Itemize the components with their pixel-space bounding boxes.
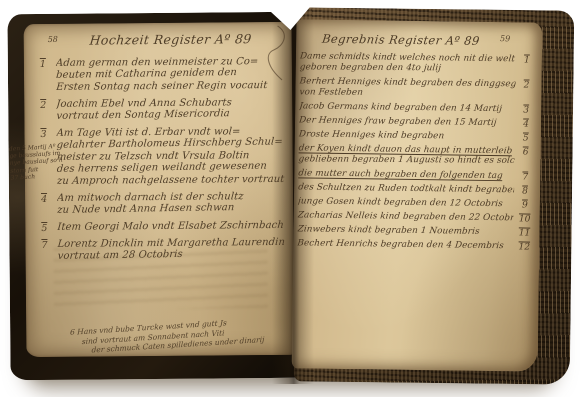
entry-number: 12 <box>513 241 535 252</box>
entry-line: Der Henniges fraw begraben den 15 Martij <box>299 115 515 129</box>
entry-line: zu Nude vndt Anna Hasen schwan <box>57 201 287 217</box>
entry-number: 7 <box>514 171 536 182</box>
entry-row: Droste Henniges kind begraben 5 <box>299 129 537 143</box>
entry-number: 3 <box>515 104 537 115</box>
entry-number: 4 <box>31 193 57 205</box>
entry-number: 8 <box>514 185 536 196</box>
entry-number: 4 <box>515 118 537 129</box>
entry-row: Jacob Germans kind begraben den 14 Marti… <box>299 101 537 115</box>
entry-line: geboren begraben den 4to julij <box>300 62 516 74</box>
entry-row: junge Gosen kindt begraben den 12 Octobr… <box>298 196 536 210</box>
entry-number: 1 <box>516 54 538 65</box>
entry-number: 7 <box>31 239 57 251</box>
entry-line: die mutter auch begraben den folgenden t… <box>298 168 514 182</box>
entry-number: 3 <box>30 128 56 140</box>
entry-line: zu Amproch nachgelassene tochter vortrau… <box>56 174 287 188</box>
entry-line: junge Gosen kindt begraben den 12 Octobr… <box>298 196 514 210</box>
entry-number: 2 <box>30 99 56 111</box>
entry-row: 3 Am Tage Viti ist d. Erbar vndt wol= ge… <box>30 126 287 188</box>
entry-line: gebliebenn begraben 1 Augusti so hindt e… <box>298 154 514 166</box>
entry-number: 9 <box>514 199 536 210</box>
entry-row: des Schultzen zu Ruden todtkalt kindt be… <box>298 182 536 196</box>
entry-row: Bechert Henrichs begraben den 4 Decembri… <box>297 238 535 252</box>
entry-list: Dame schmidts kindt welches noch nit die… <box>297 51 538 255</box>
entry-row: der Koyen kindt dauon das haupt in mutte… <box>298 143 536 168</box>
entry-number: 5 <box>515 132 537 143</box>
entry-number: 2 <box>515 79 537 90</box>
register-title: Hochzeit Register Aº 89 <box>89 31 252 47</box>
entry-row: die mutter auch begraben den folgenden t… <box>298 168 536 182</box>
entry-line: vortraut am 28 Octobris <box>57 247 287 263</box>
entry-row: 2 Joachim Ebel vnd Anna Schubarts vortra… <box>30 97 286 123</box>
entry-row: 5 Item Georgi Malo vndt Elsabet Zschirnb… <box>31 220 287 234</box>
entry-row: Berhert Henniges kindt begraben des ding… <box>299 76 537 101</box>
entry-row: Der Henniges fraw begraben den 15 Martij… <box>299 115 537 129</box>
left-page: 58 Hochzeit Register Aº 89 1 Adam german… <box>24 22 295 357</box>
entry-line: Jacob Germans kind begraben den 14 Marti… <box>299 101 515 115</box>
entry-row: Dame schmidts kindt welches noch nit die… <box>300 51 538 76</box>
entry-number: 1 <box>30 58 56 70</box>
entry-number: 5 <box>31 222 57 234</box>
entry-row: 4 Am mitwoch darnach ist der schultz zu … <box>31 191 287 217</box>
manuscript-photo: 58 Hochzeit Register Aº 89 1 Adam german… <box>0 0 580 397</box>
entry-line: Zinwebers kindt begraben 1 Nouembris <box>297 224 513 238</box>
entry-line: vortraut den Sontag Misericordia <box>56 107 286 123</box>
entry-line: Droste Henniges kind begraben <box>299 129 515 143</box>
right-page: 59 Begrebnis Register Aº 89 Dame schmidt… <box>292 19 543 371</box>
margin-annotation: den 5 Martij Aº ge bausslaufs im nye bau… <box>9 142 69 181</box>
entry-row: 1 Adam german den weinmeister zu Co= beu… <box>30 56 286 94</box>
entry-row: Zacharias Nelleis kind begraben den 22 O… <box>298 210 536 224</box>
entry-line: Bechert Henrichs begraben den 4 Decembri… <box>297 238 513 252</box>
entry-line: von Festleben <box>299 87 515 99</box>
entry-number: 10 <box>514 213 536 224</box>
entry-number: 6 <box>515 146 537 157</box>
footer-annotation: 6 Hans vnd bube Turcke wast vnd gutt Js … <box>69 314 301 357</box>
page-number: 58 <box>48 35 58 44</box>
entry-line: Item Georgi Malo vndt Elsabet Zschirnbac… <box>57 220 287 234</box>
register-title: Begrebnis Register Aº 89 <box>321 32 480 48</box>
entry-row: Zinwebers kindt begraben 1 Nouembris 11 <box>297 224 535 238</box>
entry-row: 7 Lorentz Dincklin mit Margaretha Lauren… <box>31 237 287 263</box>
entry-number: 11 <box>513 227 535 238</box>
entry-line: Zacharias Nelleis kind begraben den 22 O… <box>298 210 514 224</box>
entry-line: Ersten Sontag nach seiner Regin vocauit <box>56 80 286 94</box>
entry-list: 1 Adam german den weinmeister zu Co= beu… <box>30 56 288 268</box>
entry-line: des Schultzen zu Ruden todtkalt kindt be… <box>298 182 514 196</box>
page-number: 59 <box>500 34 510 43</box>
